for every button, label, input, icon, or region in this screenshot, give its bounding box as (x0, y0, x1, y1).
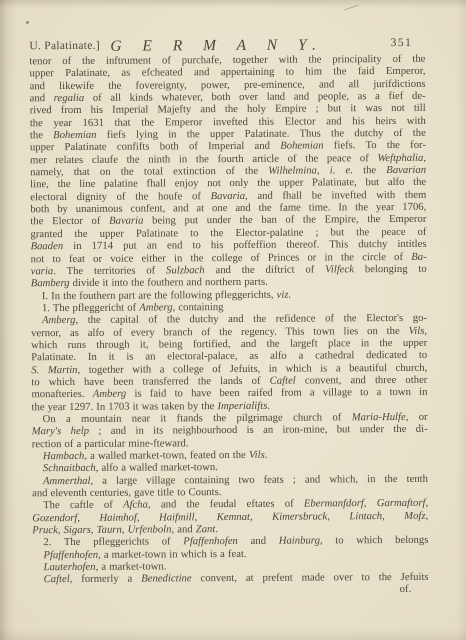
page-number: 351 (391, 37, 413, 49)
running-header-section: U. Palatinate.] (29, 40, 100, 52)
paper-speck (26, 21, 29, 24)
text-line: 2. The pfleggerichts of Pfaffenhofen and… (32, 534, 428, 549)
book-page-scan: U. Palatinate.] G E R M A N Y. 351 tenor… (0, 0, 466, 640)
catchword: of. (400, 583, 412, 595)
text-line: Caftel, formerly a Benedictine convent, … (33, 571, 429, 586)
body-text: tenor of the inftrument of purchafe, tog… (29, 53, 428, 586)
text-line: monafteries. Amberg is faid to have been… (31, 386, 427, 401)
text-line: Mary's help ; and in its neighbourhood i… (32, 423, 428, 438)
text-line: Ammerthal, a large village containing tw… (32, 472, 428, 487)
text-line: Gozendorf, Haimhof, Haifmill, Kemnat, Ki… (32, 510, 428, 525)
page-content: U. Palatinate.] G E R M A N Y. 351 tenor… (0, 0, 466, 640)
